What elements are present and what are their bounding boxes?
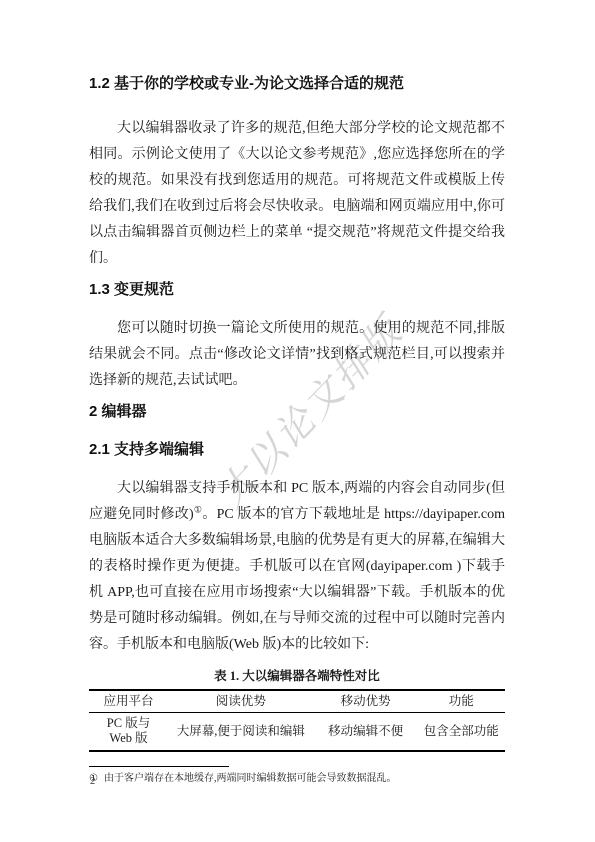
section-heading-1-2: 1.2 基于你的学校或专业-为论文选择合适的规范 — [89, 74, 505, 94]
table-cell-reading: 大屏幕,便于阅读和编辑 — [168, 713, 314, 752]
column-header-platform: 应用平台 — [89, 690, 168, 713]
paragraph-1-2: 大以编辑器收录了许多的规范,但绝大部分学校的论文规范都不相同。示例论文使用了《大… — [89, 116, 505, 272]
document-page: 大以论文排版 1.2 基于你的学校或专业-为论文选择合适的规范 大以编辑器收录了… — [0, 0, 595, 842]
column-header-feature: 功能 — [418, 690, 505, 713]
footnote-text: 由于客户端存在本地缓存,两端同时编辑数据可能会导致数据混乱。 — [104, 773, 397, 784]
table-row: PC 版与 Web 版 大屏幕,便于阅读和编辑 移动编辑不便 包含全部功能 — [89, 713, 505, 752]
footnote-separator — [89, 766, 229, 767]
paragraph-1-3: 您可以随时切换一篇论文所使用的规范。使用的规范不同,排版结果就会不同。点击“修改… — [89, 316, 505, 394]
table-caption: 表 1. 大以编辑器各端特性对比 — [89, 668, 505, 684]
paragraph-2-1: 大以编辑器支持手机版本和 PC 版本,两端的内容会自动同步(但应避免同时修改)①… — [89, 476, 505, 658]
section-heading-2-1: 2.1 支持多端编辑 — [89, 440, 505, 460]
footnote: ①由于客户端存在本地缓存,两端同时编辑数据可能会导致数据混乱。 — [89, 772, 505, 785]
table-header-row: 应用平台 阅读优势 移动优势 功能 — [89, 690, 505, 713]
table-cell-mobile: 移动编辑不便 — [314, 713, 418, 752]
page-content: 1.2 基于你的学校或专业-为论文选择合适的规范 大以编辑器收录了许多的规范,但… — [89, 74, 505, 785]
table-cell-feature: 包含全部功能 — [418, 713, 505, 752]
column-header-mobile: 移动优势 — [314, 690, 418, 713]
chapter-heading-2: 2 编辑器 — [89, 402, 505, 422]
footnote-reference: ① — [194, 504, 203, 514]
paragraph-2-1-text-post: 。PC 版本的官方下载地址是 https://dayipaper.com 电脑版… — [89, 507, 505, 652]
column-header-reading: 阅读优势 — [168, 690, 314, 713]
page-number: 2 — [90, 776, 95, 787]
comparison-table: 应用平台 阅读优势 移动优势 功能 PC 版与 Web 版 大屏幕,便于阅读和编… — [89, 689, 505, 752]
section-heading-1-3: 1.3 变更规范 — [89, 280, 505, 300]
table-cell-platform: PC 版与 Web 版 — [89, 713, 168, 752]
